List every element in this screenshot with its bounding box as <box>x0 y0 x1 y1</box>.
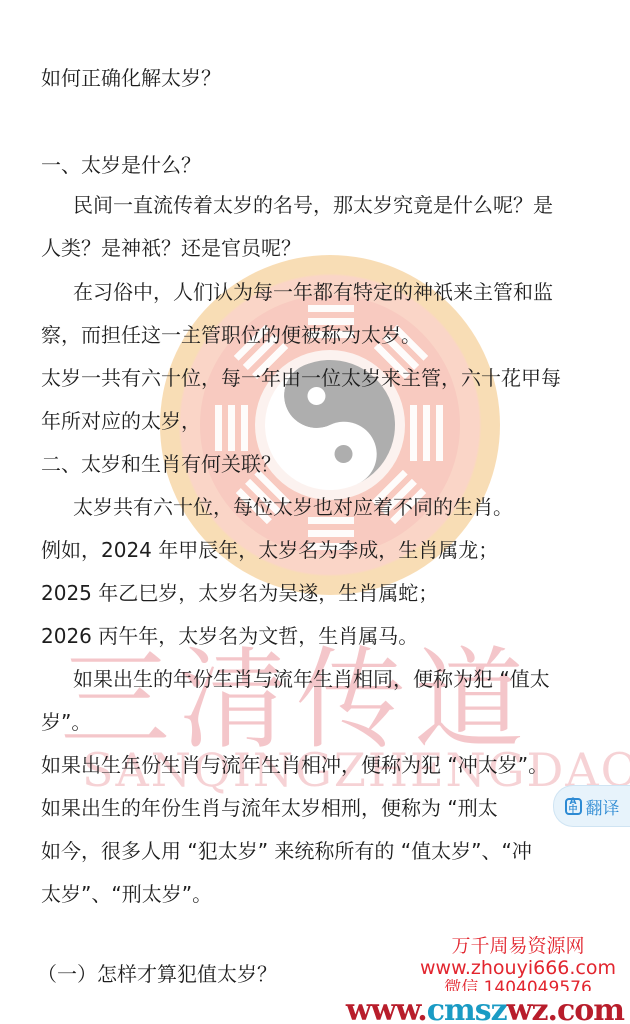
brand-prefix: www. <box>346 993 427 1024</box>
brand-mid: cmsz <box>427 993 507 1024</box>
paragraph-line: 年所对应的太岁， <box>41 409 201 433</box>
translate-icon: A 中 <box>565 798 582 815</box>
paragraph-line: 2025 年乙巳岁，太岁名为吴遂，生肖属蛇； <box>41 581 438 605</box>
paragraph-line: 如今，很多人用 “犯太岁” 来统称所有的 “值太岁”、“冲 <box>41 839 532 863</box>
section-heading-1: 一、太岁是什么？ <box>41 153 201 177</box>
site-watermark-url: www.zhouyi666.com <box>418 957 618 979</box>
paragraph-line: 人类？是神祇？还是官员呢？ <box>41 236 301 260</box>
yang-dot <box>332 442 356 466</box>
brand-watermark: www.cmszwz.com <box>346 996 624 1024</box>
section-heading-2: 二、太岁和生肖有何关联？ <box>41 452 281 476</box>
paragraph-line: 在习俗中，人们认为每一年都有特定的神祇来主管和监 <box>41 280 553 304</box>
paragraph-line: 太岁一共有六十位，每一年由一位太岁来主管，六十花甲每 <box>41 366 561 390</box>
trigram-left-icon <box>215 405 251 451</box>
watermark-chinese: 三清传道 <box>60 645 560 755</box>
paragraph-line: 如果出生年份生肖与流年生肖相冲，便称为犯 “冲太岁”。 <box>41 753 548 777</box>
paragraph-line: 察，而担任这一主管职位的便被称为太岁。 <box>41 323 421 347</box>
site-watermark-name: 万千周易资源网 <box>418 935 618 957</box>
paragraph-line: 2026 丙午年，太岁名为文哲，生肖属马。 <box>41 624 418 648</box>
translate-label: 翻译 <box>586 794 620 819</box>
paragraph-line: 岁”。 <box>41 710 91 734</box>
paragraph-line: 如果出生的年份生肖与流年生肖相同，便称为犯 “值太 <box>41 667 550 691</box>
site-watermark-wechat: 微信 1404049576 <box>418 979 618 991</box>
translate-icon-glyph-zh: 中 <box>568 806 577 814</box>
subsection-heading: （一）怎样才算犯值太岁？ <box>37 962 277 986</box>
document-title: 如何正确化解太岁？ <box>41 66 221 90</box>
paragraph-line: 太岁”、“刑太岁”。 <box>41 882 212 906</box>
paragraph-line: 例如，2024 年甲辰年，太岁名为李成，生肖属龙； <box>41 538 498 562</box>
site-watermark: 万千周易资源网 www.zhouyi666.com 微信 1404049576 <box>418 935 618 991</box>
translate-button[interactable]: A 中 翻译 <box>553 785 630 827</box>
paragraph-line: 民间一直流传着太岁的名号，那太岁究竟是什么呢？是 <box>41 193 553 217</box>
trigram-right-icon <box>410 405 446 461</box>
paragraph-line: 如果出生的年份生肖与流年太岁相刑，便称为 “刑太 <box>41 796 498 820</box>
brand-suffix: wz.com <box>507 993 624 1024</box>
paragraph-line: 太岁共有六十位，每位太岁也对应着不同的生肖。 <box>41 495 513 519</box>
